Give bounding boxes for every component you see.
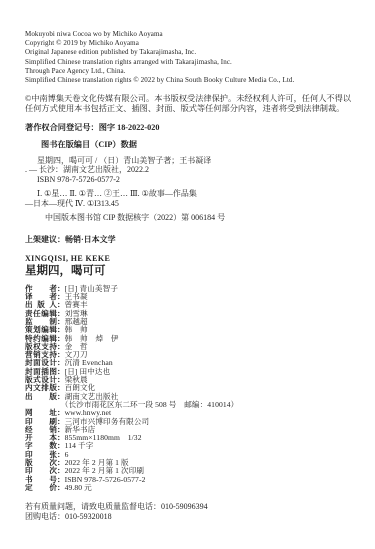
credit-label: 出版 — [25, 393, 57, 401]
credit-label: 定价 — [25, 484, 57, 492]
credit-value: 49.80 元 — [65, 483, 92, 492]
english-rights-line: Simplified Chinese translation rights © … — [25, 76, 351, 85]
cip-line: Ⅰ. ①星… Ⅱ. ①青… ②王… Ⅲ. ①故事—作品集 — [25, 189, 351, 199]
credit-separator: ： — [57, 483, 65, 492]
cip-line: —日本—现代 Ⅳ. ①I313.45 — [25, 199, 351, 209]
publication-credits-list: 作者：[日] 青山美智子译者：王书凝出版人：曾赛丰责任编辑：刘雪琳监制：邢越超策… — [25, 285, 351, 492]
english-rights-line: Copyright © 2019 by Michiko Aoyama — [25, 39, 351, 48]
chinese-copyright-notice: ©中南博集天卷文化传媒有限公司。本书版权受法律保护。未经权利人许可，任何人不得以… — [25, 94, 351, 113]
cip-line: 中国版本图书馆 CIP 数据核字（2022）第 006184 号 — [25, 213, 351, 223]
cip-data-block: 星期四，喝可可 / （日）青山美智子著；王书凝译. — 长沙：湖南文艺出版社，2… — [25, 156, 351, 223]
credit-value: 114 千字 — [65, 441, 94, 450]
cip-heading: 图书在版编目（CIP）数据 — [25, 140, 351, 150]
cip-line: . — 长沙：湖南文艺出版社，2022.2 — [25, 165, 351, 175]
cip-line: ISBN 978-7-5726-0577-2 — [25, 175, 351, 185]
english-rights-line: Simplified Chinese translation rights ar… — [25, 58, 351, 67]
book-title-chinese: 星期四，喝可可 — [25, 265, 351, 278]
english-rights-line: Original Japanese edition published by T… — [25, 48, 351, 57]
shelf-suggestion: 上架建议：畅销·日本文学 — [25, 235, 351, 245]
credit-row: 字数：114 千字 — [25, 442, 351, 450]
english-rights-line: Through Pace Agency Ltd., China. — [25, 67, 351, 76]
book-title-pinyin: XINGQISI, HE KEKE — [25, 254, 351, 264]
cip-line: 星期四，喝可可 / （日）青山美智子著；王书凝译 — [25, 156, 351, 166]
credit-row: 定价：49.80 元 — [25, 484, 351, 492]
contact-line: 团购电话：010-59320018 — [25, 512, 351, 522]
english-rights-block: Mokuyobi niwa Cocoa wo by Michiko Aoyama… — [25, 30, 351, 85]
copyright-registration-number: 著作权合同登记号：图字 18-2022-020 — [25, 123, 351, 133]
screenshot-root: { "colors": { "background": "#ffffff", "… — [0, 0, 375, 549]
contact-line: 若有质量问题，请致电质量监督电话：010-59096394 — [25, 502, 351, 512]
contact-phone-block: 若有质量问题，请致电质量监督电话：010-59096394团购电话：010-59… — [25, 502, 351, 521]
english-rights-line: Mokuyobi niwa Cocoa wo by Michiko Aoyama — [25, 30, 351, 39]
book-copyright-page: Mokuyobi niwa Cocoa wo by Michiko Aoyama… — [0, 0, 375, 549]
